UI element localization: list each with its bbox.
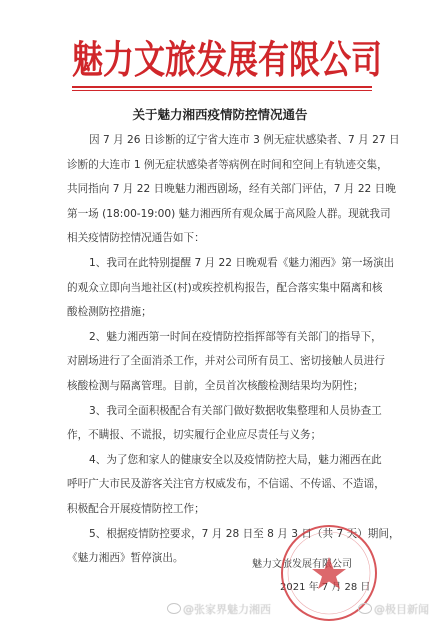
body-line: 对剧场进行了全面消杀工作，并对公司所有员工、密切接触人员进行 bbox=[67, 349, 357, 374]
letterhead-char: 有 bbox=[258, 28, 289, 84]
letterhead-char: 司 bbox=[351, 28, 382, 84]
body-line: 第一场 (18:00-19:00) 魅力湘西所有观众属于高风险人群。现就我司 bbox=[67, 202, 357, 227]
body-line: 的观众立即向当地社区(村)或疾控机构报告，配合落实集中隔离和核 bbox=[67, 276, 357, 301]
company-letterhead: 魅 力 文 旅 发 展 有 限 公 司 bbox=[72, 28, 372, 84]
watermark-source: @张家界魅力湘西 bbox=[167, 601, 271, 617]
body-line: 4、为了您和家人的健康安全以及疫情防控大局，魅力湘西在此 bbox=[67, 448, 357, 473]
body-line: 3、我司全面积极配合有关部门做好数据收集整理和人员协查工 bbox=[67, 399, 357, 424]
letterhead-char: 力 bbox=[103, 28, 134, 84]
letterhead-char: 展 bbox=[227, 28, 258, 84]
weibo-icon bbox=[358, 603, 372, 614]
body-line: 核酸检测与隔离管理。目前，全员首次核酸检测结果均为阴性； bbox=[67, 374, 357, 399]
body-line: 共同指向 7 月 22 日晚魅力湘西剧场，经有关部门评估，7 月 22 日晚 bbox=[67, 177, 357, 202]
letterhead-rule-thin bbox=[72, 90, 372, 91]
body-line: 酸检测防控措施； bbox=[67, 300, 357, 325]
notice-body: 因 7 月 26 日诊断的辽宁省大连市 3 例无症状感染者、7 月 27 日 诊… bbox=[67, 128, 357, 571]
letterhead-char: 文 bbox=[134, 28, 165, 84]
weibo-icon bbox=[167, 603, 181, 614]
letterhead-char: 公 bbox=[320, 28, 351, 84]
body-line: 因 7 月 26 日诊断的辽宁省大连市 3 例无症状感染者、7 月 27 日 bbox=[67, 128, 357, 153]
body-line: 相关疫情防控情况通告如下： bbox=[67, 226, 357, 251]
letterhead-char: 旅 bbox=[165, 28, 196, 84]
body-line: 呼吁广大市民及游客关注官方权威发布，不信谣、不传谣、不造谣， bbox=[67, 472, 357, 497]
body-line: 诊断的大连市 1 例无症状感染者等病例在时间和空间上有轨迹交集， bbox=[67, 153, 357, 178]
watermark-news: @极目新闻 bbox=[358, 601, 429, 617]
body-line: 积极配合开展疫情防控工作； bbox=[67, 497, 357, 522]
notice-title: 关于魅力湘西疫情防控情况通告 bbox=[0, 105, 440, 123]
watermark-text: @极目新闻 bbox=[374, 603, 429, 616]
body-line: 作，不瞒报、不谎报，切实履行企业应尽责任与义务； bbox=[67, 423, 357, 448]
body-line: 2、魅力湘西第一时间在疫情防控指挥部等有关部门的指导下， bbox=[67, 325, 357, 350]
watermark-text: @张家界魅力湘西 bbox=[183, 603, 271, 616]
letterhead-rule-thick bbox=[72, 86, 372, 88]
letterhead-char: 魅 bbox=[72, 28, 103, 84]
body-line: 1、我司在此特别提醒 7 月 22 日晚观看《魅力湘西》第一场演出 bbox=[67, 251, 357, 276]
letterhead-char: 限 bbox=[289, 28, 320, 84]
letterhead-char: 发 bbox=[196, 28, 227, 84]
